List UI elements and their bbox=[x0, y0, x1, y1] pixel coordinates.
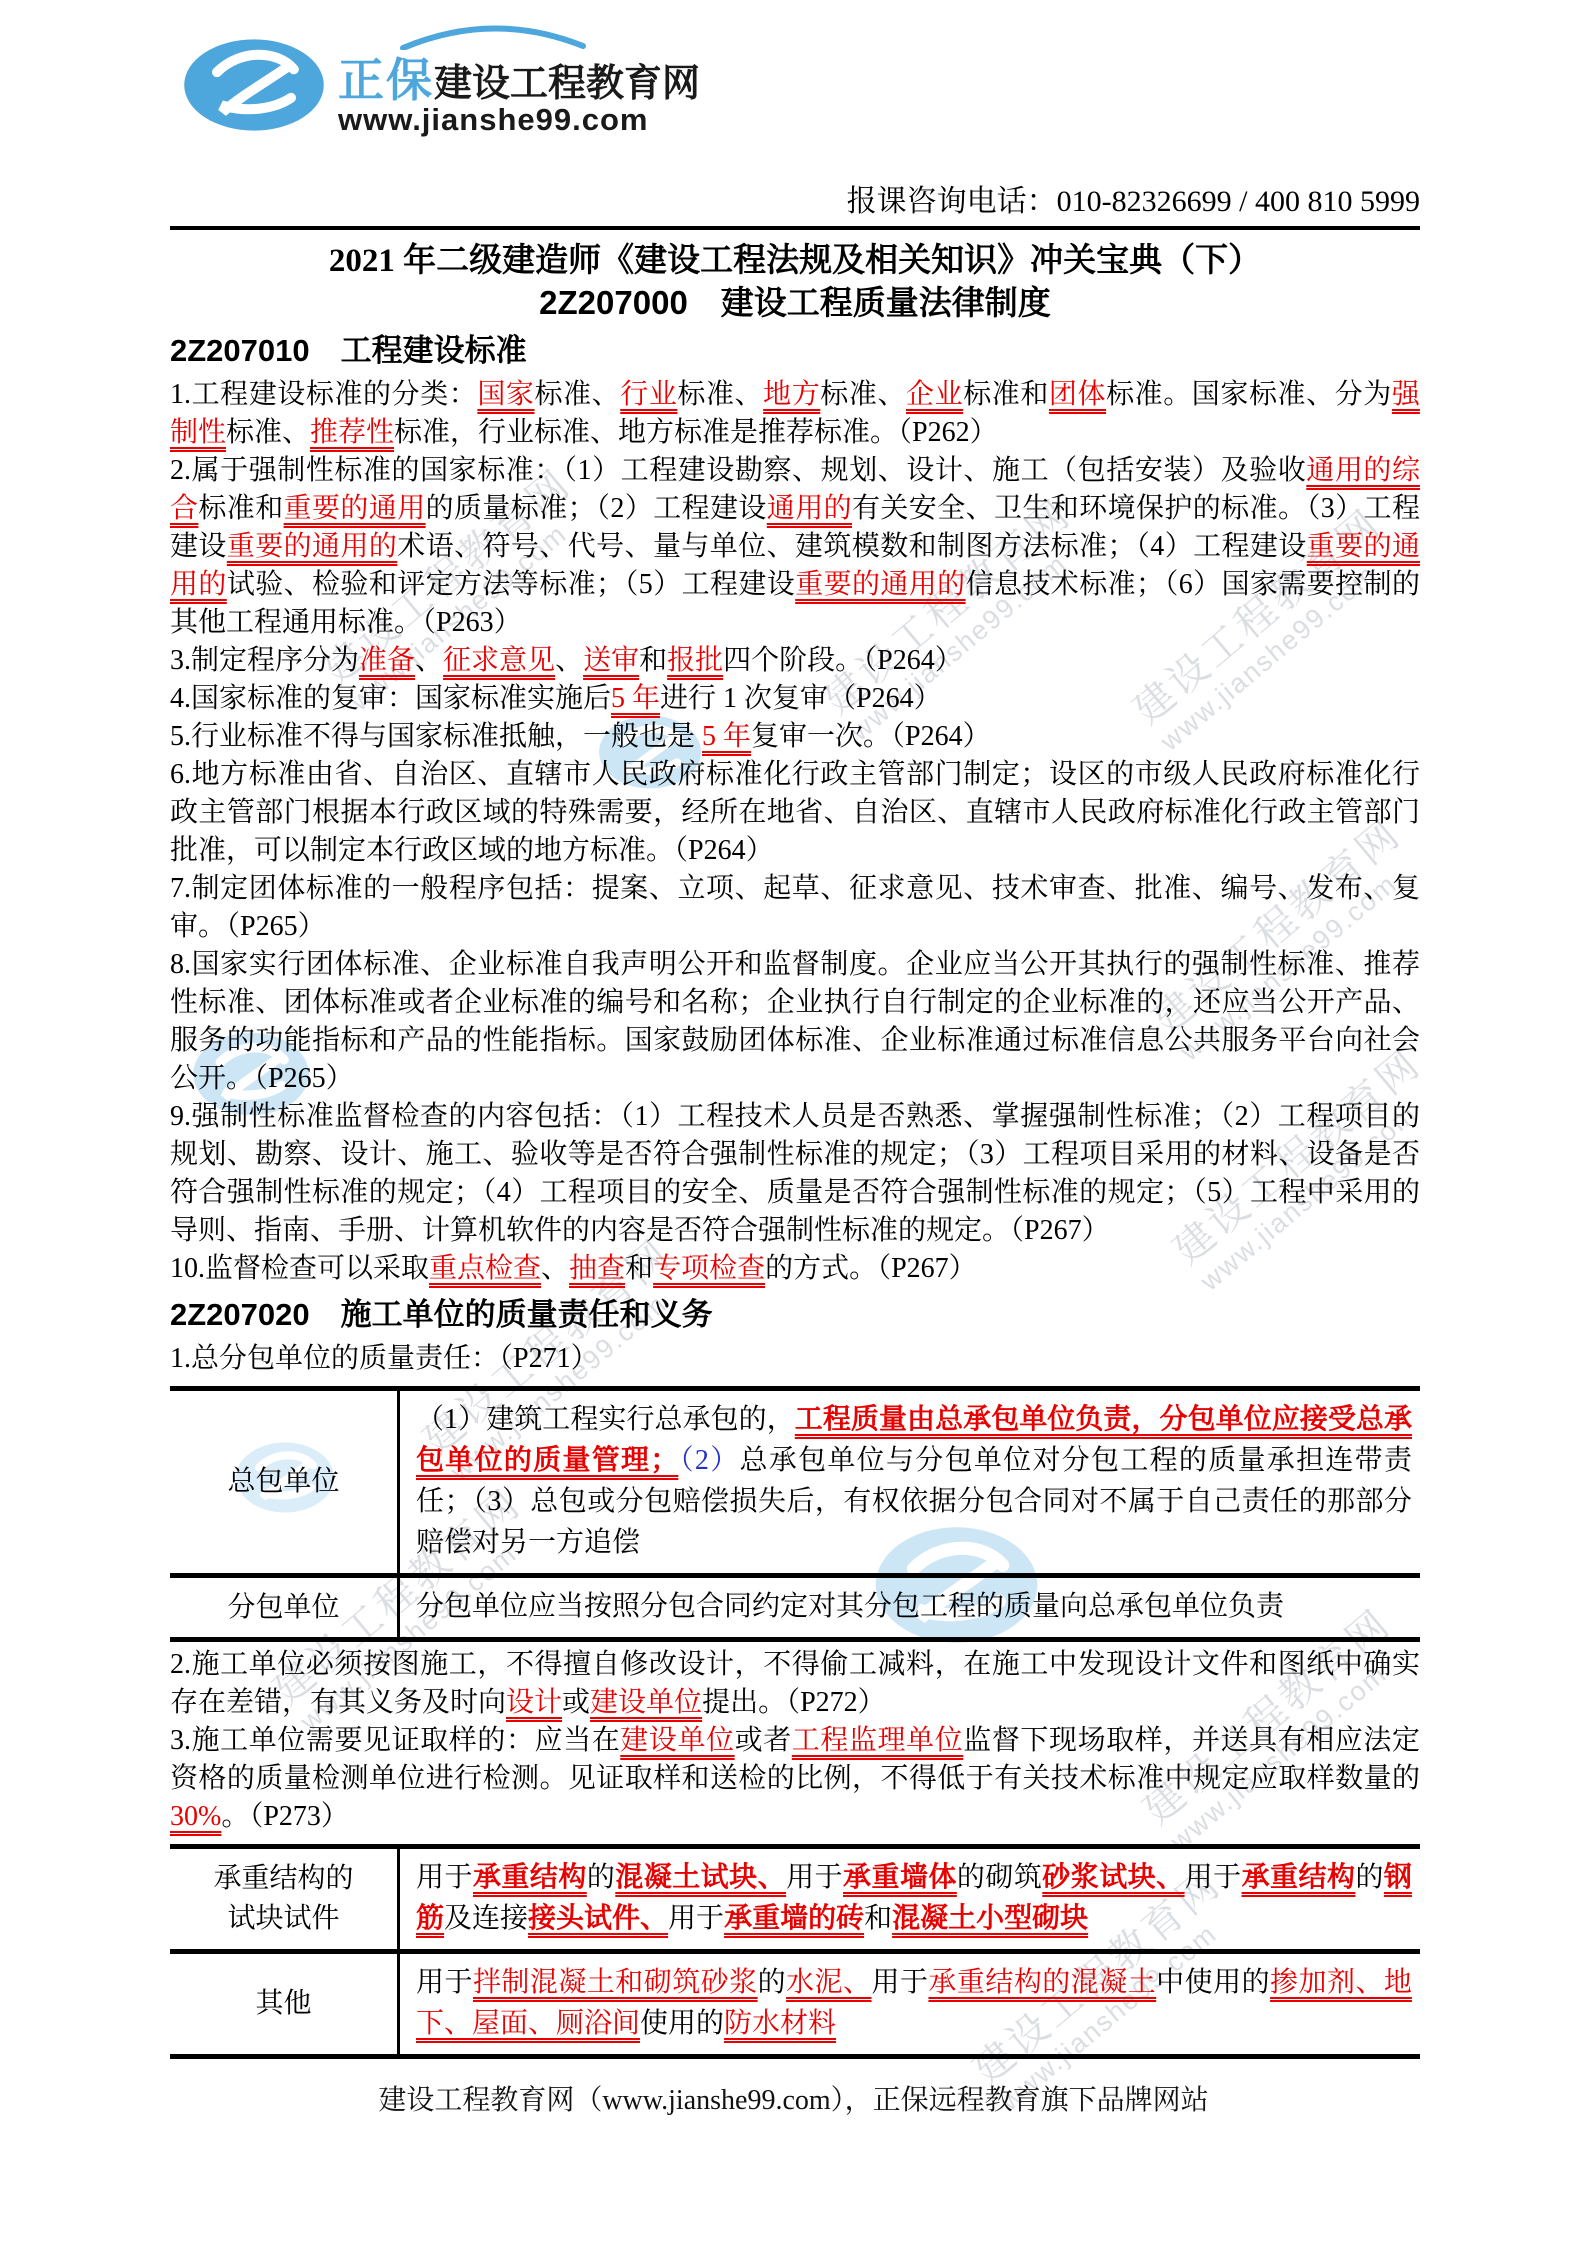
body-text: 的 bbox=[1355, 1862, 1383, 1893]
highlight-text: 报批 bbox=[667, 645, 723, 676]
body-text: 标准、 bbox=[226, 417, 310, 448]
highlight-text: （2） bbox=[678, 1445, 739, 1476]
body-text: 的方式。（P267） bbox=[765, 1253, 977, 1284]
highlight-text: 水泥、 bbox=[786, 1967, 871, 1998]
highlight-text: 5 年 bbox=[702, 721, 751, 752]
highlight-text: 承重墙体 bbox=[843, 1862, 957, 1893]
body-text: 四个阶段。（P264） bbox=[723, 645, 963, 676]
highlight-text: 国家 bbox=[477, 379, 534, 410]
highlight-text: 重要的通用的 bbox=[795, 569, 965, 600]
highlight-text: 准备 bbox=[359, 645, 415, 676]
highlight-text: 建设单位 bbox=[620, 1725, 734, 1756]
highlight-text: 混凝土试块、 bbox=[615, 1862, 786, 1893]
paragraph: 5.行业标准不得与国家标准抵触，一般也是 5 年复审一次。（P264） bbox=[170, 718, 1420, 756]
highlight-text: 通用的 bbox=[767, 493, 852, 524]
row-label: 总包单位 bbox=[170, 1389, 399, 1576]
highlight-text: 建设单位 bbox=[590, 1687, 702, 1718]
paragraph: 7.制定团体标准的一般程序包括：提案、立项、起草、征求意见、技术审查、批准、编号… bbox=[170, 870, 1420, 946]
highlight-text: 设计 bbox=[506, 1687, 562, 1718]
body-text: 7.制定团体标准的一般程序包括：提案、立项、起草、征求意见、技术审查、批准、编号… bbox=[170, 873, 1420, 942]
body-text: 的 bbox=[758, 1967, 786, 1998]
body-text: 进行 1 次复审（P264） bbox=[660, 683, 942, 714]
highlight-text: 专项检查 bbox=[653, 1253, 765, 1284]
row-content: 用于承重结构的混凝土试块、用于承重墙体的砌筑砂浆试块、用于承重结构的钢筋及连接接… bbox=[399, 1847, 1421, 1952]
highlight-text: 承重结构 bbox=[1242, 1862, 1356, 1893]
body-text: 的砌筑 bbox=[957, 1862, 1042, 1893]
subcontract-liability-table: 总包单位（1）建筑工程实行总承包的，工程质量由总承包单位负责，分包单位应接受总承… bbox=[170, 1386, 1420, 1642]
body-text: 2.属于强制性标准的国家标准：（1）工程建设勘察、规划、设计、施工（包括安装）及… bbox=[170, 455, 1306, 486]
table-row: 承重结构的 试块试件用于承重结构的混凝土试块、用于承重墙体的砌筑砂浆试块、用于承… bbox=[170, 1847, 1420, 1952]
paragraph: 1.工程建设标准的分类：国家标准、行业标准、地方标准、企业标准和团体标准。国家标… bbox=[170, 376, 1420, 452]
body-text: 使用的 bbox=[640, 2008, 724, 2039]
body-text: 分包单位应当按照分包合同约定对其分包工程的质量向总承包单位负责 bbox=[416, 1591, 1284, 1622]
highlight-text: 接头试件、 bbox=[528, 1903, 668, 1934]
highlight-text: 承重墙的砖 bbox=[724, 1903, 864, 1934]
row-label: 其他 bbox=[170, 1952, 399, 2057]
body-text: 1.总分包单位的质量责任：（P271） bbox=[170, 1343, 599, 1374]
highlight-text: 防水材料 bbox=[724, 2008, 836, 2039]
document-title: 2021 年二级建造师《建设工程法规及相关知识》冲关宝典（下） bbox=[170, 240, 1420, 282]
body-text: 4.国家标准的复审：国家标准实施后 bbox=[170, 683, 611, 714]
row-content: （1）建筑工程实行总承包的，工程质量由总承包单位负责，分包单位应接受总承包单位的… bbox=[399, 1389, 1421, 1576]
table-row: 分包单位分包单位应当按照分包合同约定对其分包工程的质量向总承包单位负责 bbox=[170, 1576, 1420, 1640]
highlight-text: 推荐性 bbox=[310, 417, 394, 448]
body-text: 、 bbox=[555, 645, 583, 676]
body-text: 用于 bbox=[416, 1967, 473, 1998]
row-content: 用于拌制混凝土和砌筑砂浆的水泥、用于承重结构的混凝土中使用的掺加剂、地下、屋面、… bbox=[399, 1952, 1421, 2057]
body-text: 标准、 bbox=[677, 379, 763, 410]
section-heading-2z207020: 2Z207020 施工单位的质量责任和义务 bbox=[170, 1296, 1420, 1334]
table-row: 其他用于拌制混凝土和砌筑砂浆的水泥、用于承重结构的混凝土中使用的掺加剂、地下、屋… bbox=[170, 1952, 1420, 2057]
paragraph: 8.国家实行团体标准、企业标准自我声明公开和监督制度。企业应当公开其执行的强制性… bbox=[170, 946, 1420, 1098]
body-text: 和 bbox=[639, 645, 667, 676]
highlight-text: 混凝土小型砌块 bbox=[892, 1903, 1088, 1934]
body-text: 、 bbox=[415, 645, 443, 676]
body-text: 用于 bbox=[786, 1862, 843, 1893]
page-header: 正保建设工程教育网 www.jianshe99.com 报课咨询电话：010-8… bbox=[170, 0, 1420, 230]
section-heading-2z207010: 2Z207010 工程建设标准 bbox=[170, 332, 1420, 370]
highlight-text: 团体 bbox=[1049, 379, 1106, 410]
body-text: 和 bbox=[625, 1253, 653, 1284]
body-text: 的质量标准；（2）工程建设 bbox=[426, 493, 767, 524]
paragraph: 6.地方标准由省、自治区、直辖市人民政府标准化行政主管部门制定；设区的市级人民政… bbox=[170, 756, 1420, 870]
logo-brand-text: 正保 bbox=[338, 54, 434, 106]
row-content: 分包单位应当按照分包合同约定对其分包工程的质量向总承包单位负责 bbox=[399, 1576, 1421, 1640]
highlight-text: 5 年 bbox=[611, 683, 660, 714]
paragraph: 9.强制性标准监督检查的内容包括：（1）工程技术人员是否熟悉、掌握强制性标准；（… bbox=[170, 1098, 1420, 1250]
highlight-text: 行业 bbox=[620, 379, 677, 410]
body-text: 标准，行业标准、地方标准是推荐标准。（P262） bbox=[394, 417, 998, 448]
page-footer: 建设工程教育网（www.jianshe99.com），正保远程教育旗下品牌网站 bbox=[0, 2078, 1587, 2118]
body-text: （1）建筑工程实行总承包的， bbox=[416, 1404, 795, 1435]
body-text: 用于 bbox=[416, 1862, 473, 1893]
body-text: 用于 bbox=[871, 1967, 928, 1998]
body-text: 10.监督检查可以采取 bbox=[170, 1253, 429, 1284]
highlight-text: 抽查 bbox=[569, 1253, 625, 1284]
body-text: 术语、符号、代号、量与单位、建筑模数和制图方法标准；（4）工程建设 bbox=[397, 531, 1306, 562]
body-text: 和 bbox=[864, 1903, 892, 1934]
table-row: 总包单位（1）建筑工程实行总承包的，工程质量由总承包单位负责，分包单位应接受总承… bbox=[170, 1389, 1420, 1576]
body-text: 3.制定程序分为 bbox=[170, 645, 359, 676]
body-text: 标准、 bbox=[820, 379, 906, 410]
body-text: 1.工程建设标准的分类： bbox=[170, 379, 477, 410]
body-text: 及连接 bbox=[444, 1903, 528, 1934]
row-label: 分包单位 bbox=[170, 1576, 399, 1640]
document-page: 正保建设工程教育网 www.jianshe99.com 报课咨询电话：010-8… bbox=[170, 0, 1420, 2063]
body-text: 3.施工单位需要见证取样的：应当在 bbox=[170, 1725, 620, 1756]
body-text: 标准。国家标准、分为 bbox=[1106, 379, 1392, 410]
body-text: 标准、 bbox=[535, 379, 621, 410]
paragraph: 2.施工单位必须按图施工，不得擅自修改设计，不得偷工减料，在施工中发现设计文件和… bbox=[170, 1646, 1420, 1722]
body-text: 用于 bbox=[1185, 1862, 1242, 1893]
highlight-text: 工程监理单位 bbox=[792, 1725, 963, 1756]
paragraph: 2.属于强制性标准的国家标准：（1）工程建设勘察、规划、设计、施工（包括安装）及… bbox=[170, 452, 1420, 642]
highlight-text: 承重结构的混凝土 bbox=[928, 1967, 1156, 1998]
consult-phone: 报课咨询电话：010-82326699 / 400 810 5999 bbox=[847, 176, 1420, 220]
logo-url-text: www.jianshe99.com bbox=[338, 102, 648, 138]
document-body: 2Z207010 工程建设标准1.工程建设标准的分类：国家标准、行业标准、地方标… bbox=[170, 332, 1420, 2059]
body-text: 提出。（P272） bbox=[702, 1687, 886, 1718]
body-text: 8.国家实行团体标准、企业标准自我声明公开和监督制度。企业应当公开其执行的强制性… bbox=[170, 949, 1420, 1094]
body-text: 试验、检验和评定方法等标准；（5）工程建设 bbox=[227, 569, 795, 600]
paragraph: 4.国家标准的复审：国家标准实施后5 年进行 1 次复审（P264） bbox=[170, 680, 1420, 718]
highlight-text: 送审 bbox=[583, 645, 639, 676]
body-text: 5.行业标准不得与国家标准抵触，一般也是 bbox=[170, 721, 702, 752]
body-text: 9.强制性标准监督检查的内容包括：（1）工程技术人员是否熟悉、掌握强制性标准；（… bbox=[170, 1101, 1420, 1246]
highlight-text: 征求意见 bbox=[443, 645, 555, 676]
paragraph: 3.制定程序分为准备、征求意见、送审和报批四个阶段。（P264） bbox=[170, 642, 1420, 680]
highlight-text: 承重结构 bbox=[473, 1862, 587, 1893]
chapter-title: 2Z207000 建设工程质量法律制度 bbox=[170, 282, 1420, 324]
body-text: 标准和 bbox=[963, 379, 1049, 410]
highlight-text: 企业 bbox=[906, 379, 963, 410]
highlight-text: 地方 bbox=[763, 379, 820, 410]
paragraph: 1.总分包单位的质量责任：（P271） bbox=[170, 1340, 1420, 1378]
witness-sampling-table: 承重结构的 试块试件用于承重结构的混凝土试块、用于承重墙体的砌筑砂浆试块、用于承… bbox=[170, 1844, 1420, 2059]
body-text: 或 bbox=[562, 1687, 590, 1718]
body-text: 6.地方标准由省、自治区、直辖市人民政府标准化行政主管部门制定；设区的市级人民政… bbox=[170, 759, 1420, 866]
body-text: 复审一次。（P264） bbox=[751, 721, 991, 752]
body-text: 中使用的 bbox=[1156, 1967, 1270, 1998]
highlight-text: 重点检查 bbox=[429, 1253, 541, 1284]
site-logo: 正保建设工程教育网 www.jianshe99.com bbox=[180, 26, 600, 171]
body-text: 。（P273） bbox=[221, 1801, 349, 1832]
highlight-text: 30% bbox=[170, 1801, 221, 1832]
body-text: 、 bbox=[541, 1253, 569, 1284]
highlight-text: 砂浆试块、 bbox=[1042, 1862, 1184, 1893]
highlight-text: 重要的通用 bbox=[284, 493, 426, 524]
highlight-text: 重要的通用的 bbox=[227, 531, 397, 562]
highlight-text: 拌制混凝土和砌筑砂浆 bbox=[473, 1967, 758, 1998]
body-text: 用于 bbox=[668, 1903, 724, 1934]
paragraph: 3.施工单位需要见证取样的：应当在建设单位或者工程监理单位监督下现场取样，并送具… bbox=[170, 1722, 1420, 1836]
row-label: 承重结构的 试块试件 bbox=[170, 1847, 399, 1952]
body-text: 标准和 bbox=[198, 493, 283, 524]
logo-name-text: 建设工程教育网 bbox=[434, 63, 700, 105]
paragraph: 10.监督检查可以采取重点检查、抽查和专项检查的方式。（P267） bbox=[170, 1250, 1420, 1288]
body-text: 或者 bbox=[735, 1725, 792, 1756]
brand-circle-icon bbox=[180, 38, 328, 132]
body-text: 的 bbox=[587, 1862, 615, 1893]
